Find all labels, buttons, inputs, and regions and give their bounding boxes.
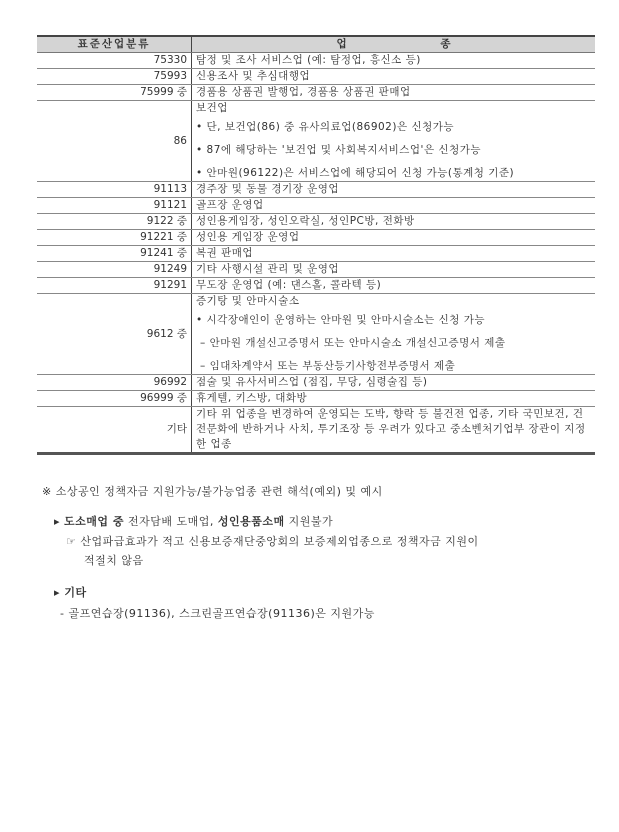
- row-code: 9612 중: [37, 294, 192, 375]
- row-desc-note: • 단, 보건업(86) 중 유사의료업(86902)은 신청가능: [196, 116, 591, 139]
- row-code: 91113: [37, 182, 192, 198]
- row-desc: 성인용게임장, 성인오락실, 성인PC방, 전화방: [192, 214, 596, 230]
- table-header-row: 표준산업분류 업 종: [37, 36, 595, 53]
- table-row: 96999 중 휴게텔, 키스방, 대화방: [37, 391, 595, 407]
- row-code: 91291: [37, 278, 192, 294]
- industry-classification-table: 표준산업분류 업 종 75330 탐정 및 조사 서비스업 (예: 탐정업, 흥…: [37, 35, 595, 455]
- row-desc: 경품용 상품권 발행업, 경품용 상품권 판매업: [192, 85, 596, 101]
- table-row: 86 보건업 • 단, 보건업(86) 중 유사의료업(86902)은 신청가능…: [37, 101, 595, 182]
- table-row: 91291 무도장 운영업 (예: 댄스홀, 콜라텍 등): [37, 278, 595, 294]
- note-text: 지원불가: [285, 515, 334, 528]
- row-desc: 탐정 및 조사 서비스업 (예: 탐정업, 흥신소 등): [192, 53, 596, 69]
- table-row: 9122 중 성인용게임장, 성인오락실, 성인PC방, 전화방: [37, 214, 595, 230]
- table-row: 75330 탐정 및 조사 서비스업 (예: 탐정업, 흥신소 등): [37, 53, 595, 69]
- table-row: 91249 기타 사행시설 관리 및 운영업: [37, 262, 595, 278]
- note-reason-continued: 적절치 않음: [84, 552, 602, 568]
- table-row: 기타 기타 위 업종을 변경하여 운영되는 도박, 향락 등 불건전 업종, 기…: [37, 407, 595, 454]
- note-item-wholesale: ▸ 도소매업 중 전자담배 도매업, 성인용품소매 지원불가: [54, 513, 602, 529]
- table-row: 96992 점술 및 유사서비스업 (점집, 무당, 심령술집 등): [37, 375, 595, 391]
- row-desc: 기타 사행시설 관리 및 운영업: [192, 262, 596, 278]
- row-desc: 기타 위 업종을 변경하여 운영되는 도박, 향락 등 불건전 업종, 기타 국…: [192, 407, 596, 454]
- row-desc-note: • 시각장애인이 운영하는 안마원 및 안마시술소는 신청 가능: [196, 309, 591, 332]
- row-desc: 점술 및 유사서비스업 (점집, 무당, 심령술집 등): [192, 375, 596, 391]
- table-row: 75999 중 경품용 상품권 발행업, 경품용 상품권 판매업: [37, 85, 595, 101]
- header-code: 표준산업분류: [37, 36, 192, 53]
- document-page: 표준산업분류 업 종 75330 탐정 및 조사 서비스업 (예: 탐정업, 흥…: [37, 35, 595, 455]
- note-reason: ☞ 산업파급효과가 적고 신용보증재단중앙회의 보증제외업종으로 정책자금 지원…: [66, 533, 602, 549]
- header-industry: 업 종: [192, 36, 596, 53]
- note-text: 전자담배 도매업,: [124, 515, 218, 528]
- row-desc: 보건업 • 단, 보건업(86) 중 유사의료업(86902)은 신청가능 • …: [192, 101, 596, 182]
- row-code: 91121: [37, 198, 192, 214]
- row-desc-note: • 안마원(96122)은 서비스업에 해당되어 신청 가능(통계청 기준): [196, 162, 591, 181]
- note-bold-text: 성인용품소매: [218, 515, 285, 528]
- table-row: 9612 중 증기탕 및 안마시술소 • 시각장애인이 운영하는 안마원 및 안…: [37, 294, 595, 375]
- triangle-bullet-icon: ▸: [54, 515, 60, 528]
- row-desc: 골프장 운영업: [192, 198, 596, 214]
- row-desc: 신용조사 및 추심대행업: [192, 69, 596, 85]
- table-row: 91241 중 복권 판매업: [37, 246, 595, 262]
- row-desc-note: – 임대차계약서 또는 부동산등기사항전부증명서 제출: [196, 355, 591, 374]
- note-item-other: ▸ 기타: [54, 584, 602, 600]
- row-desc: 성인용 게임장 운영업: [192, 230, 596, 246]
- table-row: 91121 골프장 운영업: [37, 198, 595, 214]
- table-row: 75993 신용조사 및 추심대행업: [37, 69, 595, 85]
- row-code: 91241 중: [37, 246, 192, 262]
- notes-title: ※ 소상공인 정책자금 지원가능/불가능업종 관련 해석(예외) 및 예시: [42, 483, 602, 499]
- row-code: 86: [37, 101, 192, 182]
- note-other-label: 기타: [64, 586, 86, 599]
- triangle-bullet-icon: ▸: [54, 586, 60, 599]
- row-code: 96999 중: [37, 391, 192, 407]
- row-desc: 복권 판매업: [192, 246, 596, 262]
- row-code: 75999 중: [37, 85, 192, 101]
- table-row: 91113 경주장 및 동물 경기장 운영업: [37, 182, 595, 198]
- row-code: 75330: [37, 53, 192, 69]
- row-code: 96992: [37, 375, 192, 391]
- row-code: 기타: [37, 407, 192, 454]
- row-code: 91221 중: [37, 230, 192, 246]
- row-desc: 무도장 운영업 (예: 댄스홀, 콜라텍 등): [192, 278, 596, 294]
- row-desc: 경주장 및 동물 경기장 운영업: [192, 182, 596, 198]
- row-desc-line: 보건업: [196, 101, 591, 116]
- notes-section: ※ 소상공인 정책자금 지원가능/불가능업종 관련 해석(예외) 및 예시 ▸ …: [42, 483, 602, 621]
- note-bold-text: 도소매업 중: [64, 515, 124, 528]
- row-code: 91249: [37, 262, 192, 278]
- row-desc: 증기탕 및 안마시술소 • 시각장애인이 운영하는 안마원 및 안마시술소는 신…: [192, 294, 596, 375]
- note-golf-exception: - 골프연습장(91136), 스크린골프연습장(91136)은 지원가능: [60, 605, 602, 621]
- row-code: 9122 중: [37, 214, 192, 230]
- table-row: 91221 중 성인용 게임장 운영업: [37, 230, 595, 246]
- row-desc-note: – 안마원 개설신고증명서 또는 안마시술소 개설신고증명서 제출: [196, 332, 591, 355]
- row-desc-line: 증기탕 및 안마시술소: [196, 294, 591, 309]
- row-desc-note: • 87에 해당하는 '보건업 및 사회복지서비스업'은 신청가능: [196, 139, 591, 162]
- row-desc: 휴게텔, 키스방, 대화방: [192, 391, 596, 407]
- row-code: 75993: [37, 69, 192, 85]
